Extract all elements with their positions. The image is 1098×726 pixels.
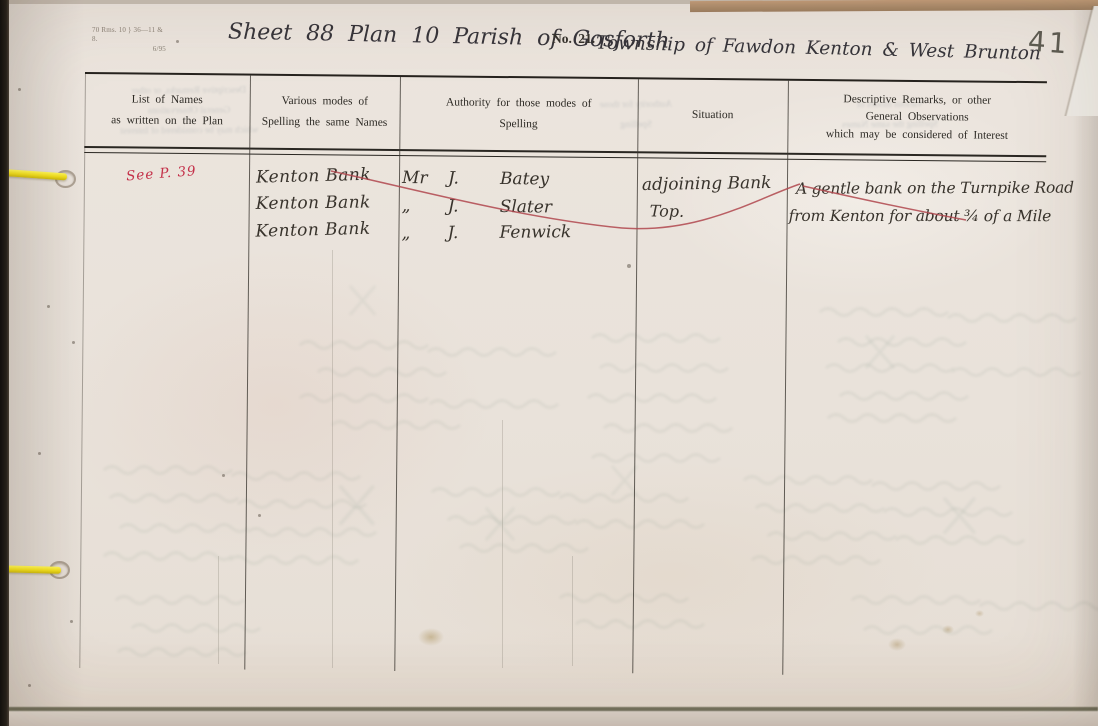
- paper-speck: [222, 474, 225, 477]
- authority-entry: „J.Fenwick: [401, 222, 571, 243]
- paper-speck: [38, 452, 41, 455]
- authority-initial: J.: [447, 223, 499, 243]
- column-header-authority: Authority for those modes ofSpelling: [399, 77, 638, 151]
- page-corner-edge: [1064, 6, 1098, 116]
- authority-surname: Fenwick: [499, 222, 571, 243]
- surface-below-page: [6, 710, 1098, 726]
- paper-speck: [47, 305, 50, 308]
- page-bottom-edge: [6, 707, 1098, 711]
- red-see-page-note: See P. 39: [126, 163, 198, 184]
- authority-initial: J.: [448, 168, 500, 188]
- column-divider: [394, 77, 401, 671]
- column-header-situation: Situation: [637, 79, 788, 152]
- printer-imprint: 70 Rms. 10 } 36—11 & 8. 6/95: [92, 26, 166, 54]
- spelling-entry: Kenton Bank: [256, 165, 371, 188]
- authority-entry: „J.Slater: [402, 196, 552, 217]
- paper-speck: [28, 684, 31, 687]
- column-header-remarks: Descriptive Remarks, or otherGeneral Obs…: [787, 81, 1047, 155]
- paper-speck: [18, 88, 21, 91]
- ink-speck: [627, 264, 631, 268]
- column-header-spelling: Various modes ofSpelling the same Names: [249, 76, 400, 149]
- remarks-line: from Kenton for about ¾ of a Mile: [789, 207, 1051, 225]
- column-header-names: List of Namesas written on the Plan: [84, 74, 250, 148]
- stain: [942, 625, 954, 634]
- desk-edge: [690, 0, 1098, 12]
- stain: [975, 610, 984, 617]
- remarks-line: A gentle bank on the Turnpike Road: [796, 179, 1074, 198]
- paper-speck: [70, 620, 73, 623]
- authority-title: Mr: [402, 168, 448, 188]
- scanned-name-book-page: Descriptive Remarks, or otherGeneral Obs…: [0, 0, 1098, 726]
- column-divider: [632, 79, 639, 673]
- name-book-table: List of Namesas written on the Plan Vari…: [79, 72, 1047, 689]
- paper-speck: [176, 40, 179, 43]
- authority-entry: MrJ.Batey: [402, 168, 549, 189]
- authority-initial: J.: [448, 196, 500, 216]
- stain: [418, 628, 444, 646]
- spelling-entry: Kenton Bank: [255, 219, 370, 242]
- situation-entry: Top.: [650, 201, 685, 220]
- stain: [888, 638, 906, 651]
- ditto-mark: „: [401, 223, 447, 243]
- spelling-entry: Kenton Bank: [256, 193, 371, 214]
- authority-surname: Slater: [500, 197, 552, 218]
- situation-entry: adjoining Bank: [642, 173, 772, 195]
- printed-number-label: No. 21.: [552, 31, 595, 47]
- handwritten-township-title: Township of Fawdon Kenton & West Brunton: [596, 33, 1041, 65]
- paper-speck: [72, 341, 75, 344]
- column-divider: [244, 76, 251, 670]
- book-edge-left: [0, 0, 9, 726]
- authority-surname: Batey: [500, 169, 549, 189]
- paper-speck: [258, 514, 261, 517]
- column-divider: [782, 81, 789, 675]
- ditto-mark: „: [402, 196, 448, 216]
